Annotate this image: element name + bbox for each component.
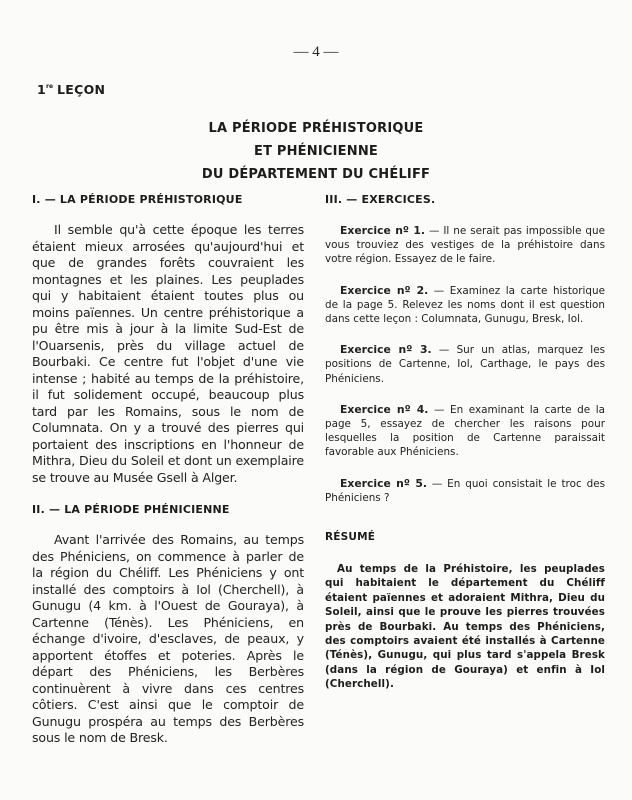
section-heading-exercises: III. — EXERCICES. (325, 193, 605, 206)
exercise-label: Exercice nº 4. (340, 403, 428, 416)
page-title: LA PÉRIODE PRÉHISTORIQUE ET PHÉNICIENNE … (0, 117, 632, 186)
exercise-item: Exercice nº 4. — En examinant la carte d… (325, 403, 605, 460)
page-number: — 4 — (0, 44, 632, 61)
exercise-item: Exercice nº 3. — Sur un atlas, marquez l… (325, 343, 605, 386)
title-line-3: DU DÉPARTEMENT DU CHÉLIFF (0, 163, 632, 186)
title-line-2: ET PHÉNICIENNE (0, 140, 632, 163)
exercise-label: Exercice nº 5. (340, 477, 427, 490)
section-text-prehistoric: Il semble qu'à cette époque les terres é… (32, 222, 304, 486)
resume-text: Au temps de la Préhistoire, les peuplade… (325, 562, 605, 692)
exercise-label: Exercice nº 2. (340, 284, 428, 297)
exercise-item: Exercice nº 1. — Il ne serait pas imposs… (325, 224, 605, 267)
lesson-label: 1reLEÇON (37, 82, 105, 97)
section-text-phoenician: Avant l'arrivée des Romains, au temps de… (32, 532, 304, 747)
section-heading-resume: RÉSUMÉ (325, 531, 605, 543)
lesson-ordinal-suffix: re (46, 83, 53, 90)
lesson-number: 1 (37, 82, 46, 97)
exercise-item: Exercice nº 2. — Examinez la carte histo… (325, 284, 605, 327)
exercise-item: Exercice nº 5. — En quoi consistait le t… (325, 477, 605, 505)
exercise-label: Exercice nº 3. (340, 343, 432, 356)
section-heading-prehistoric: I. — LA PÉRIODE PRÉHISTORIQUE (32, 193, 304, 206)
left-column: I. — LA PÉRIODE PRÉHISTORIQUE Il semble … (32, 193, 304, 747)
section-heading-phoenician: II. — LA PÉRIODE PHÉNICIENNE (32, 503, 304, 516)
right-column: III. — EXERCICES. Exercice nº 1. — Il ne… (325, 193, 605, 692)
exercise-label: Exercice nº 1. (340, 224, 425, 237)
lesson-word: LEÇON (57, 82, 105, 97)
title-line-1: LA PÉRIODE PRÉHISTORIQUE (0, 117, 632, 140)
